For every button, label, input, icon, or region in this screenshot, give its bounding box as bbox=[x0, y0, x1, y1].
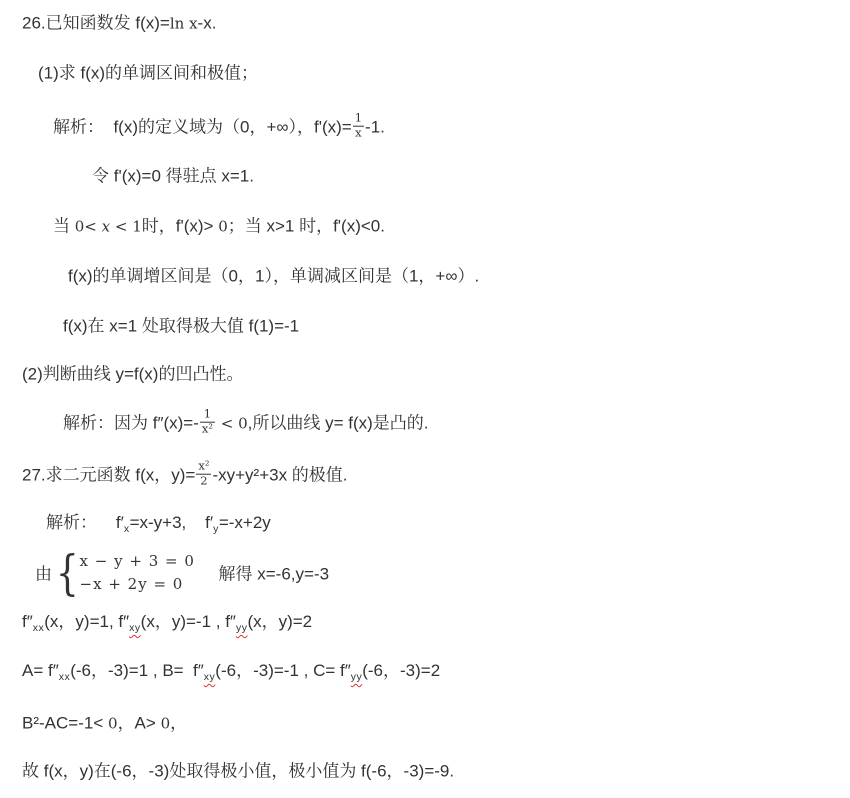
text-segment: f(x)的单调增区间是（0，1），单调减区间是（1，+∞）. bbox=[68, 266, 479, 285]
text-segment: 故 f(x，y)在(-6，-3)处取得极小值，极小值为 f(-6，-3)=-9. bbox=[22, 761, 454, 780]
text-segment: A= f″ bbox=[22, 661, 59, 680]
text-segment: < 0 bbox=[216, 414, 248, 432]
text-segment: (x，y)=1, f″ bbox=[44, 612, 129, 631]
text-segment: (x，y)=-1 , f″ bbox=[141, 612, 236, 631]
text-segment: 0 bbox=[218, 217, 228, 235]
text-segment: ln x bbox=[170, 14, 198, 32]
text-segment: =-x+2y bbox=[219, 513, 271, 532]
system-equation-row: −x + 2y = 0 bbox=[80, 573, 195, 596]
text-segment: 解析： f′ bbox=[46, 513, 124, 532]
q26-part2-solution: 解析：因为 f″(x)=-1x² < 0,所以曲线 y= f(x)是凸的. bbox=[63, 410, 429, 439]
text-segment: f″ bbox=[22, 612, 33, 631]
text-segment: 0 bbox=[103, 714, 117, 732]
text-segment: < 1 bbox=[110, 217, 142, 235]
problem-27-statement: 27.求二元函数 f(x，y)=x²2-xy+y²+3x 的极值. bbox=[22, 462, 348, 491]
text-segment: (x，y)=2 bbox=[247, 612, 312, 631]
q26-part1-solution-domain: 解析： f(x)的定义域为（0，+∞），f'(x)=1x-1. bbox=[53, 114, 385, 143]
q26-part2-question: (2)判断曲线 y=f(x)的凹凸性。 bbox=[22, 363, 243, 384]
text-segment: -x. bbox=[198, 13, 217, 32]
text-segment: ， bbox=[170, 713, 187, 732]
document-page: 26.已知函数发 f(x)=ln x-x.(1)求 f(x)的单调区间和极值；解… bbox=[0, 0, 850, 798]
q27-abc-values: A= f″xx(-6，-3)=1 , B= f″xy(-6，-3)=-1 , C… bbox=[22, 660, 440, 684]
spellcheck-flagged-subscript: yy bbox=[236, 622, 248, 634]
spellcheck-flagged-subscript: xy bbox=[129, 622, 141, 634]
text-segment: ，A> bbox=[118, 713, 156, 732]
q27-first-partials: 解析： f′x=x-y+3, f′y=-x+2y bbox=[46, 512, 271, 536]
spellcheck-flagged-subscript: xy bbox=[204, 671, 216, 683]
q26-part1-stationary-point: 令 f'(x)=0 得驻点 x=1. bbox=[92, 165, 254, 186]
text-segment: 26.已知函数发 f(x)= bbox=[22, 13, 170, 32]
text-segment: 解析：因为 f″(x)=- bbox=[63, 413, 199, 432]
system-equation-row: x − y + 3 = 0 bbox=[80, 550, 195, 573]
q26-part1-monotonic-intervals: f(x)的单调增区间是（0，1），单调减区间是（1，+∞）. bbox=[68, 265, 479, 286]
q27-discriminant: B²-AC=-1< 0，A> 0， bbox=[22, 712, 187, 733]
equation-system-brace-group: {x − y + 3 = 0−x + 2y = 0 bbox=[52, 550, 195, 597]
text-segment: xx bbox=[33, 622, 45, 634]
text-segment: (2)判断曲线 y=f(x)的凹凸性。 bbox=[22, 364, 243, 383]
text-segment: (-6，-3)=-1 , C= f″ bbox=[215, 661, 350, 680]
text-segment: (-6，-3)=2 bbox=[362, 661, 440, 680]
q27-second-partials: f″xx(x，y)=1, f″xy(x，y)=-1 , f″yy(x，y)=2 bbox=[22, 611, 312, 635]
q26-part1-extremum: f(x)在 x=1 处取得极大值 f(1)=-1 bbox=[63, 315, 299, 336]
fraction: 1x² bbox=[200, 408, 215, 437]
text-segment: -1. bbox=[365, 117, 385, 136]
text-segment: 解得 x=-6,y=-3 bbox=[195, 564, 329, 583]
text-segment: -xy+y²+3x 的极值. bbox=[212, 465, 347, 484]
q26-part1-sign-analysis: 当 0< x < 1时，f'(x)> 0；当 x>1 时，f'(x)<0. bbox=[53, 215, 385, 236]
spellcheck-flagged-subscript: yy bbox=[351, 671, 363, 683]
text-segment: 0 bbox=[156, 714, 170, 732]
problem-26-statement: 26.已知函数发 f(x)=ln x-x. bbox=[22, 12, 216, 33]
text-segment: 时，f'(x)> bbox=[142, 216, 218, 235]
text-segment: 解析： f(x)的定义域为（0，+∞），f'(x)= bbox=[53, 117, 352, 136]
text-segment: =x-y+3, f′ bbox=[130, 513, 214, 532]
q27-conclusion: 故 f(x，y)在(-6，-3)处取得极小值，极小值为 f(-6，-3)=-9. bbox=[22, 760, 454, 781]
text-segment: B²-AC=-1< bbox=[22, 713, 103, 732]
text-segment: 由 bbox=[35, 564, 52, 583]
text-segment: x bbox=[102, 217, 110, 235]
text-segment: 当 bbox=[53, 216, 75, 235]
text-segment: (-6，-3)=1 , B= f″ bbox=[70, 661, 204, 680]
left-curly-brace: { bbox=[56, 551, 79, 594]
text-segment: 0< bbox=[75, 217, 102, 235]
text-segment: ；当 x>1 时，f'(x)<0. bbox=[228, 216, 385, 235]
text-segment: ,所以曲线 y= f(x)是凸的. bbox=[248, 413, 429, 432]
text-segment: 令 f'(x)=0 得驻点 x=1. bbox=[92, 166, 254, 185]
text-segment: xx bbox=[59, 671, 71, 683]
q26-part1-question: (1)求 f(x)的单调区间和极值； bbox=[38, 62, 258, 83]
fraction: x²2 bbox=[196, 460, 211, 489]
text-segment: (1)求 f(x)的单调区间和极值； bbox=[38, 63, 258, 82]
text-segment: f(x)在 x=1 处取得极大值 f(1)=-1 bbox=[63, 316, 299, 335]
text-segment: 27.求二元函数 f(x，y)= bbox=[22, 465, 195, 484]
fraction: 1x bbox=[353, 112, 364, 141]
q27-equation-system: 由{x − y + 3 = 0−x + 2y = 0 解得 x=-6,y=-3 bbox=[35, 552, 329, 599]
